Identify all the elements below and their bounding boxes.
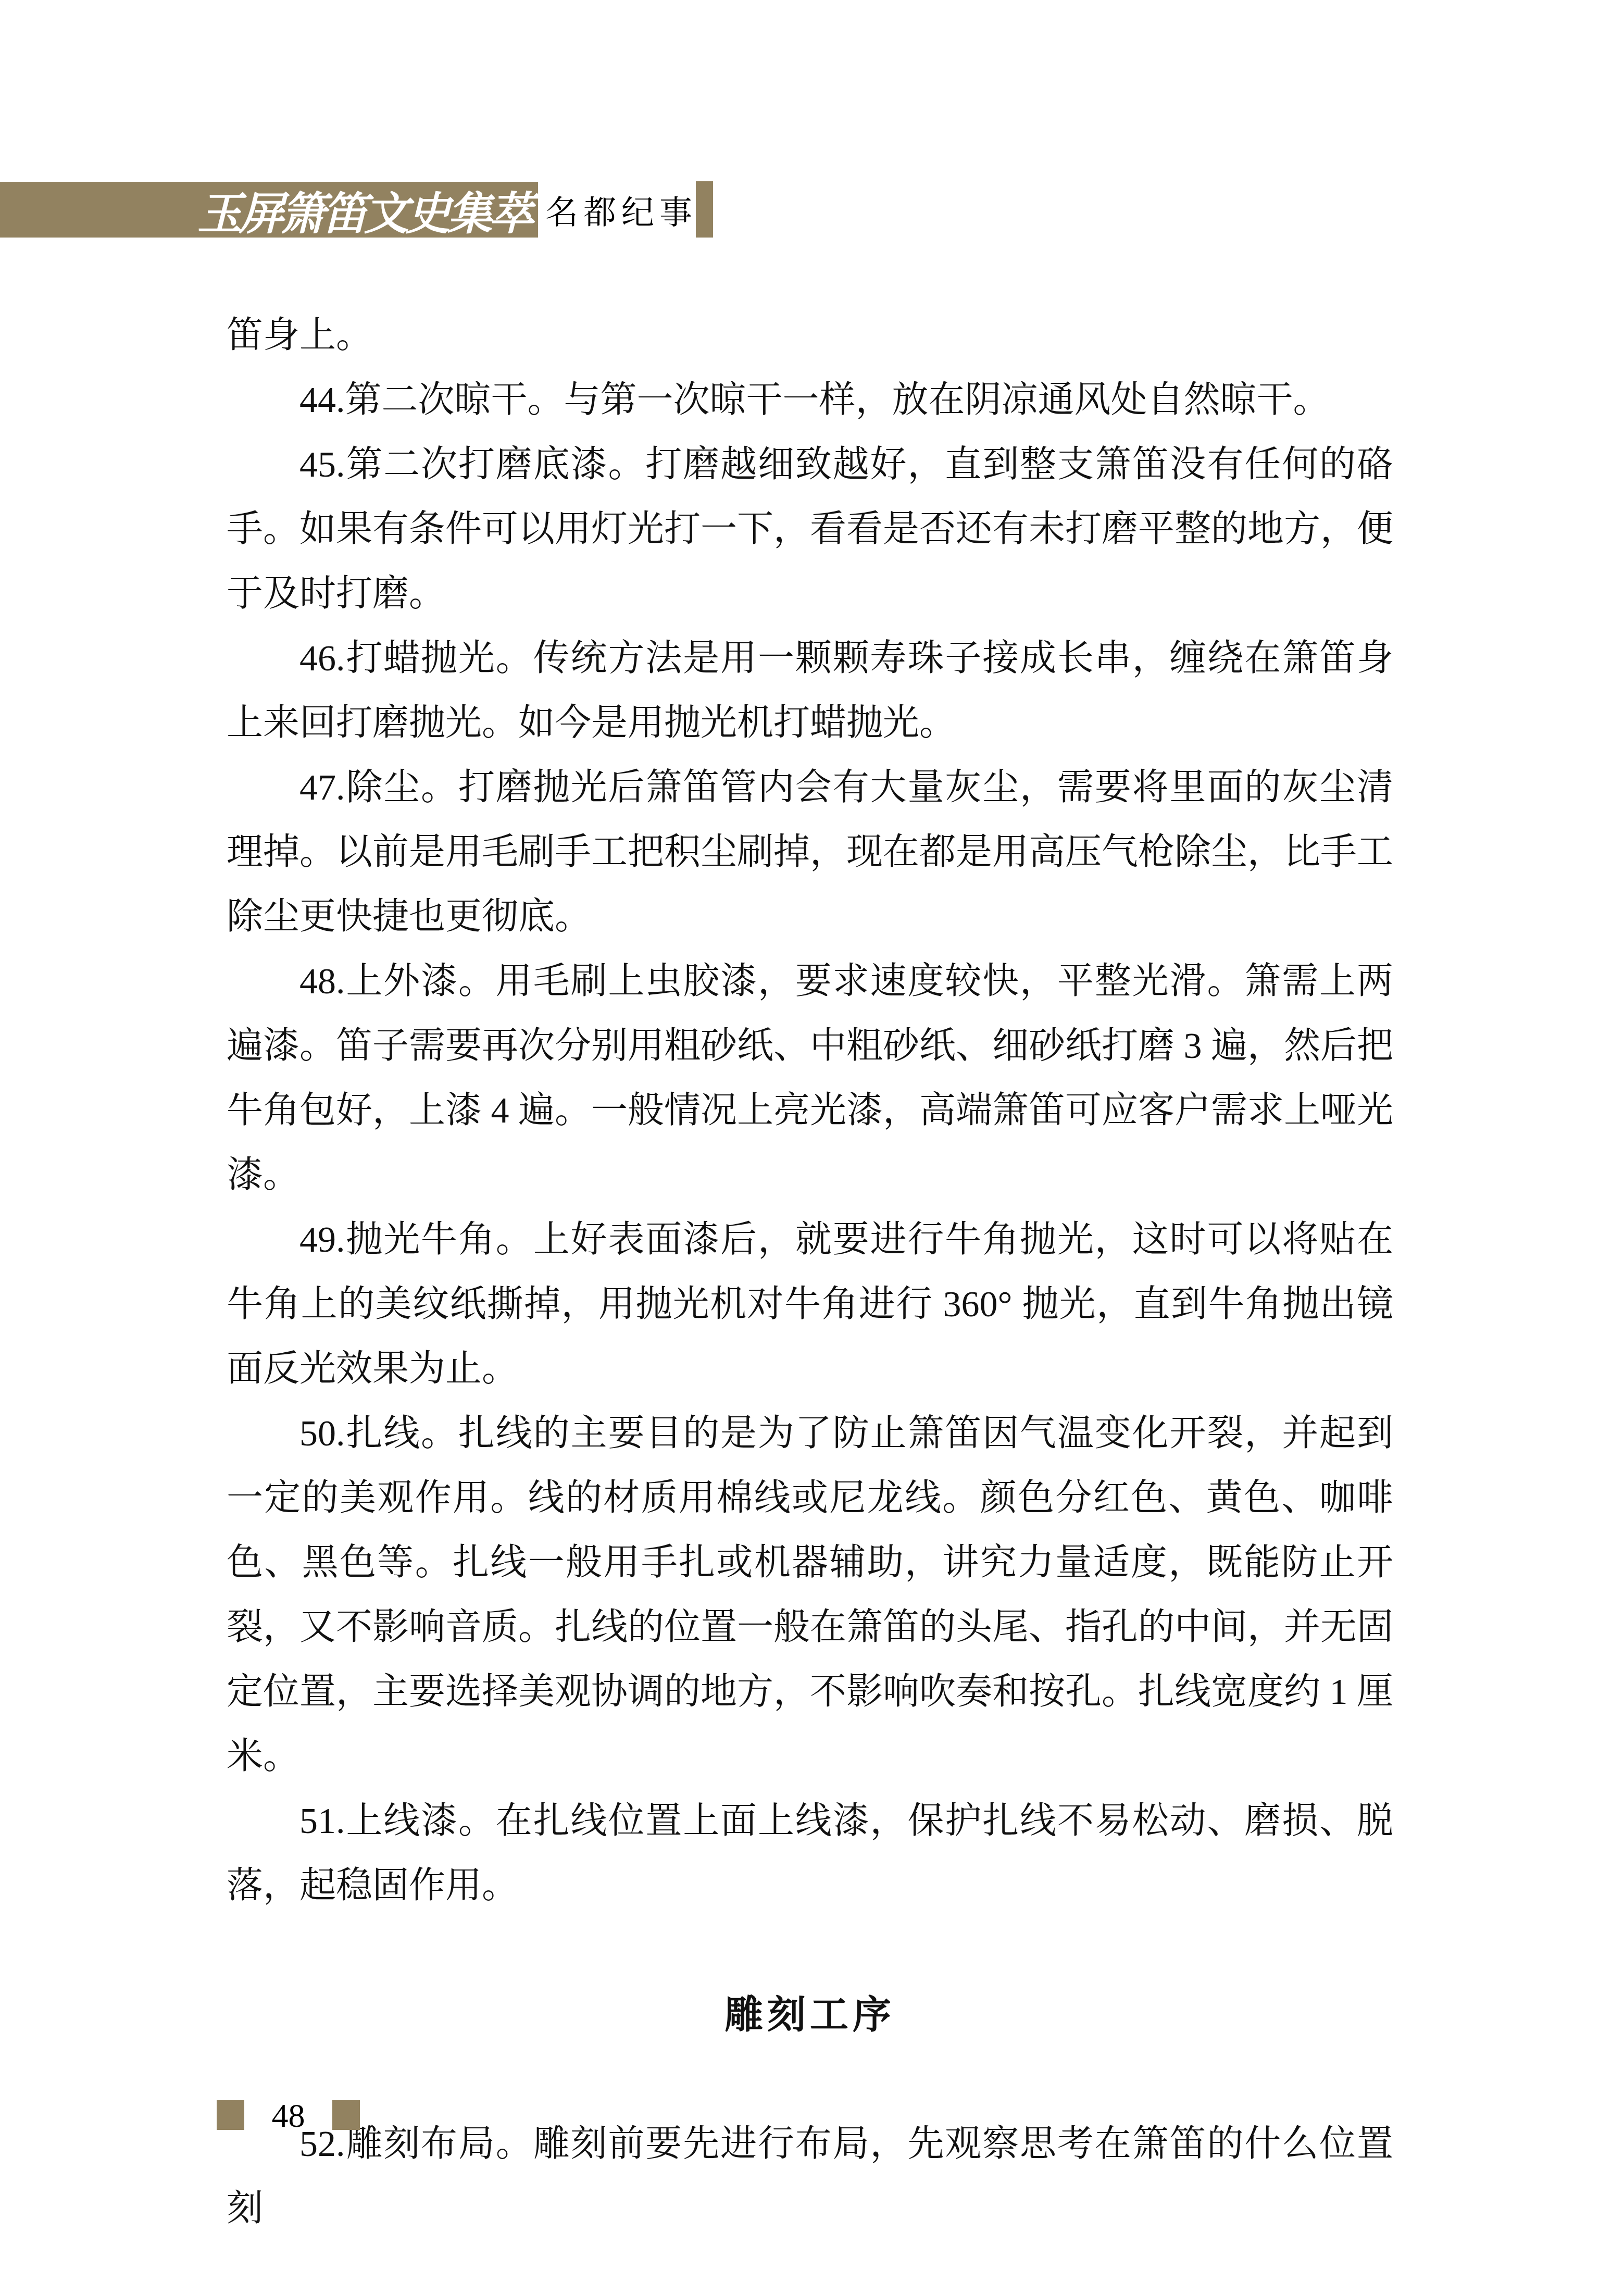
footer-ornament-square-right xyxy=(332,2100,360,2130)
paragraph-44: 44.第二次晾干。与第一次晾干一样，放在阴凉通风处自然晾干。 xyxy=(227,368,1393,433)
paragraph-48: 48.上外漆。用毛刷上虫胶漆，要求速度较快，平整光滑。箫需上两遍漆。笛子需要再次… xyxy=(227,950,1393,1208)
book-page: 玉屏箫笛文史集萃 名都纪事 笛身上。 44.第二次晾干。与第一次晾干一样，放在阴… xyxy=(0,0,1624,2269)
paragraph-51: 51.上线漆。在扎线位置上面上线漆，保护扎线不易松动、磨损、脱落，起稳固作用。 xyxy=(227,1789,1393,1918)
paragraph-50: 50.扎线。扎线的主要目的是为了防止箫笛因气温变化开裂，并起到一定的美观作用。线… xyxy=(227,1402,1393,1789)
masthead-banner: 玉屏箫笛文史集萃 xyxy=(0,182,538,238)
paragraph-47: 47.除尘。打磨抛光后箫笛管内会有大量灰尘，需要将里面的灰尘清理掉。以前是用毛刷… xyxy=(227,756,1393,950)
footer-ornament-square-left xyxy=(217,2100,244,2130)
page-text-block: 笛身上。 44.第二次晾干。与第一次晾干一样，放在阴凉通风处自然晾干。 45.第… xyxy=(227,304,1393,2241)
paragraph-continuation: 笛身上。 xyxy=(227,304,1393,368)
masthead-ornament-bar xyxy=(696,181,713,238)
paragraph-46: 46.打蜡抛光。传统方法是用一颗颗寿珠子接成长串，缠绕在箫笛身上来回打磨抛光。如… xyxy=(227,627,1393,756)
masthead-section-label: 名都纪事 xyxy=(545,182,697,238)
paragraph-49: 49.抛光牛角。上好表面漆后，就要进行牛角抛光，这时可以将贴在牛角上的美纹纸撕掉… xyxy=(227,1208,1393,1402)
masthead-calligraphy-title: 玉屏箫笛文史集萃 xyxy=(197,178,531,242)
paragraph-45: 45.第二次打磨底漆。打磨越细致越好，直到整支箫笛没有任何的硌手。如果有条件可以… xyxy=(227,433,1393,627)
page-number: 48 xyxy=(244,2100,332,2130)
section-heading: 雕刻工序 xyxy=(227,1983,1393,2048)
paragraph-52: 52.雕刻布局。雕刻前要先进行布局，先观察思考在箫笛的什么位置刻 xyxy=(227,2112,1393,2241)
